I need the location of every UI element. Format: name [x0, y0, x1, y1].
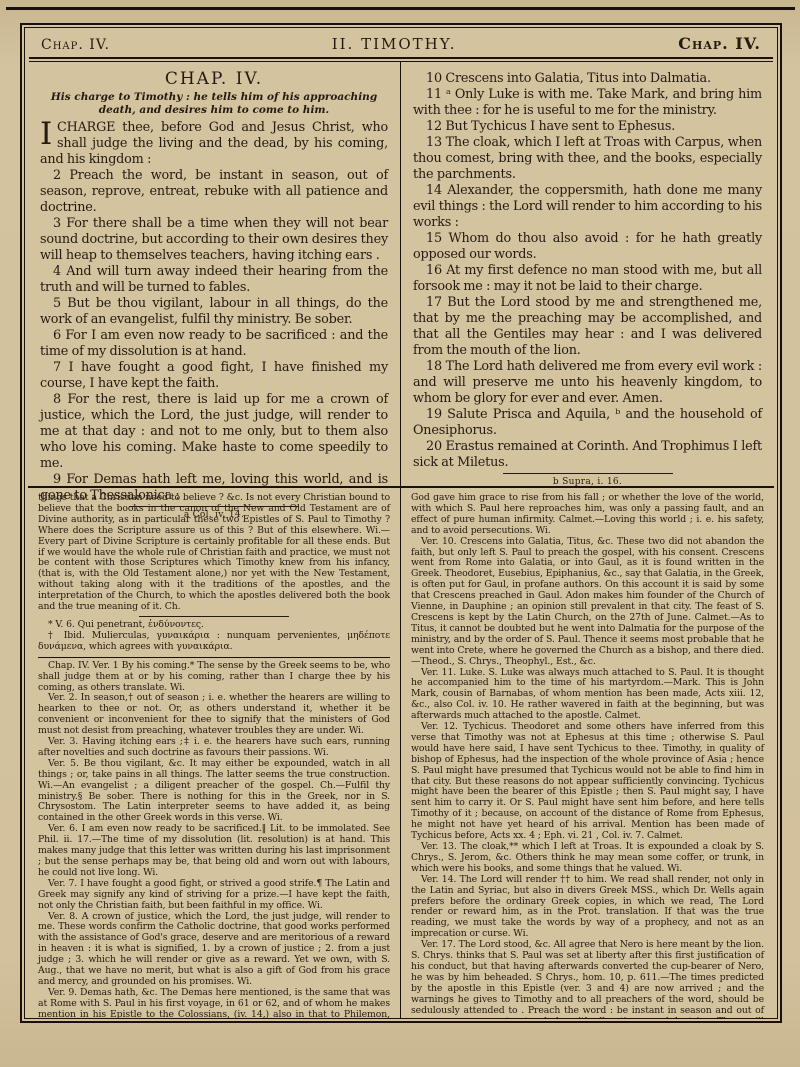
verse-4: 4 And will turn away indeed their hearin…	[40, 264, 388, 296]
note-ver-9: Ver. 9. Demas hath, &c. The Demas here m…	[38, 988, 390, 1019]
commentary-continuation-right: God gave him grace to rise from his fall…	[411, 493, 764, 537]
note-ver-8: Ver. 8. A crown of justice, which the Lo…	[38, 912, 390, 988]
note-ver-17: Ver. 17. The Lord stood, &c. All agree t…	[411, 940, 764, 1019]
verse-3: 3 For there shall be a time when they wi…	[40, 216, 388, 264]
note-ver-7: Ver. 7. I have fought a good fight, or s…	[38, 879, 390, 912]
scripture-right-column: 10 Crescens into Galatia, Titus into Dal…	[401, 62, 777, 486]
verse-11: 11 ᵃ Only Luke is with me. Take Mark, an…	[413, 87, 762, 119]
verse-2: 2 Preach the word, be instant in season,…	[40, 168, 388, 216]
running-head: Chap. IV. II. TIMOTHY. Chap. IV.	[25, 28, 777, 53]
verse-13: 13 The cloak, which I left at Troas with…	[413, 135, 762, 183]
note-ver-10: Ver. 10. Crescens into Galatia, Titus, &…	[411, 537, 764, 668]
verse-20: 20 Erastus remained at Corinth. And Trop…	[413, 439, 762, 471]
running-head-left: Chap. IV.	[41, 37, 110, 53]
verse-15: 15 Whom do thou also avoid : for he hath…	[413, 231, 762, 263]
commentary-continuation-left: things that a Christian need to believe …	[38, 493, 390, 613]
commentary-right-column: God gave him grace to rise from his fall…	[401, 488, 777, 1019]
verse-17: 17 But the Lord stood by me and strength…	[413, 295, 762, 359]
note-ver-1: Chap. IV. Ver. 1 By his coming.* The sen…	[38, 661, 390, 694]
note-ver-13: Ver. 13. The cloak,** which I left at Tr…	[411, 842, 764, 875]
footnote-ref-right: b Supra, i. 16.	[413, 477, 762, 487]
note-ver-2: Ver. 2. In season,† out of season ; i. e…	[38, 693, 390, 737]
footnote-rule-right	[503, 473, 673, 474]
verse-19: 19 Salute Prisca and Aquila, ᵇ and the h…	[413, 407, 762, 439]
verse-14: 14 Alexander, the coppersmith, hath done…	[413, 183, 762, 231]
note-ver-6: Ver. 6. I am even now ready to be sacrif…	[38, 824, 390, 879]
scanned-book-page: Chap. IV. II. TIMOTHY. Chap. IV. CHAP. I…	[0, 0, 800, 1067]
note-ver-3: Ver. 3. Having itching ears ;‡ i. e. the…	[38, 737, 390, 759]
verse-7: 7 I have fought a good fight, I have fin…	[40, 360, 388, 392]
page-top-rule	[6, 7, 795, 10]
page-frame-inner: Chap. IV. II. TIMOTHY. Chap. IV. CHAP. I…	[24, 27, 778, 1019]
note-ver-14: Ver. 14. The Lord will render †† to him.…	[411, 875, 764, 940]
commentary-short-rule	[139, 616, 289, 617]
verse-1: ICHARGE thee, before God and Jesus Chris…	[40, 120, 388, 168]
verse-5: 5 But be thou vigilant, labour in all th…	[40, 296, 388, 328]
chapter-argument: His charge to Timothy : he tells him of …	[44, 91, 384, 116]
scripture-section: CHAP. IV. His charge to Timothy : he tel…	[25, 62, 777, 486]
textual-note-dagger: † Ibid. Mulierculas, γυναικάρια : nunqua…	[38, 631, 390, 653]
note-ver-12: Ver. 12. Tychicus. Theodoret and some ot…	[411, 722, 764, 842]
verse-1-text: CHARGE thee, before God and Jesus Christ…	[40, 120, 388, 167]
verse-16: 16 At my first defence no man stood with…	[413, 263, 762, 295]
commentary-long-rule	[38, 657, 390, 658]
commentary-left-column: things that a Christian need to believe …	[25, 488, 401, 1019]
note-ver-5: Ver. 5. Be thou vigilant, &c. It may eit…	[38, 759, 390, 824]
verse-6: 6 For I am even now ready to be sacrific…	[40, 328, 388, 360]
verse-10: 10 Crescens into Galatia, Titus into Dal…	[413, 71, 762, 87]
running-head-book-title: II. TIMOTHY.	[332, 35, 457, 53]
note-ver-11: Ver. 11. Luke. S. Luke was always much a…	[411, 668, 764, 723]
verse-8: 8 For the rest, there is laid up for me …	[40, 392, 388, 472]
page-frame: Chap. IV. II. TIMOTHY. Chap. IV. CHAP. I…	[20, 23, 782, 1023]
verse-18: 18 The Lord hath delivered me from every…	[413, 359, 762, 407]
scripture-left-column: CHAP. IV. His charge to Timothy : he tel…	[25, 62, 401, 486]
drop-cap: I	[40, 120, 57, 148]
footnote-block-right: b Supra, i. 16.	[413, 471, 762, 488]
verse-12: 12 But Tychicus I have sent to Ephesus.	[413, 119, 762, 135]
running-head-right: Chap. IV.	[678, 34, 761, 53]
commentary-section: things that a Christian need to believe …	[25, 488, 777, 1019]
chapter-heading: CHAP. IV.	[40, 69, 388, 89]
